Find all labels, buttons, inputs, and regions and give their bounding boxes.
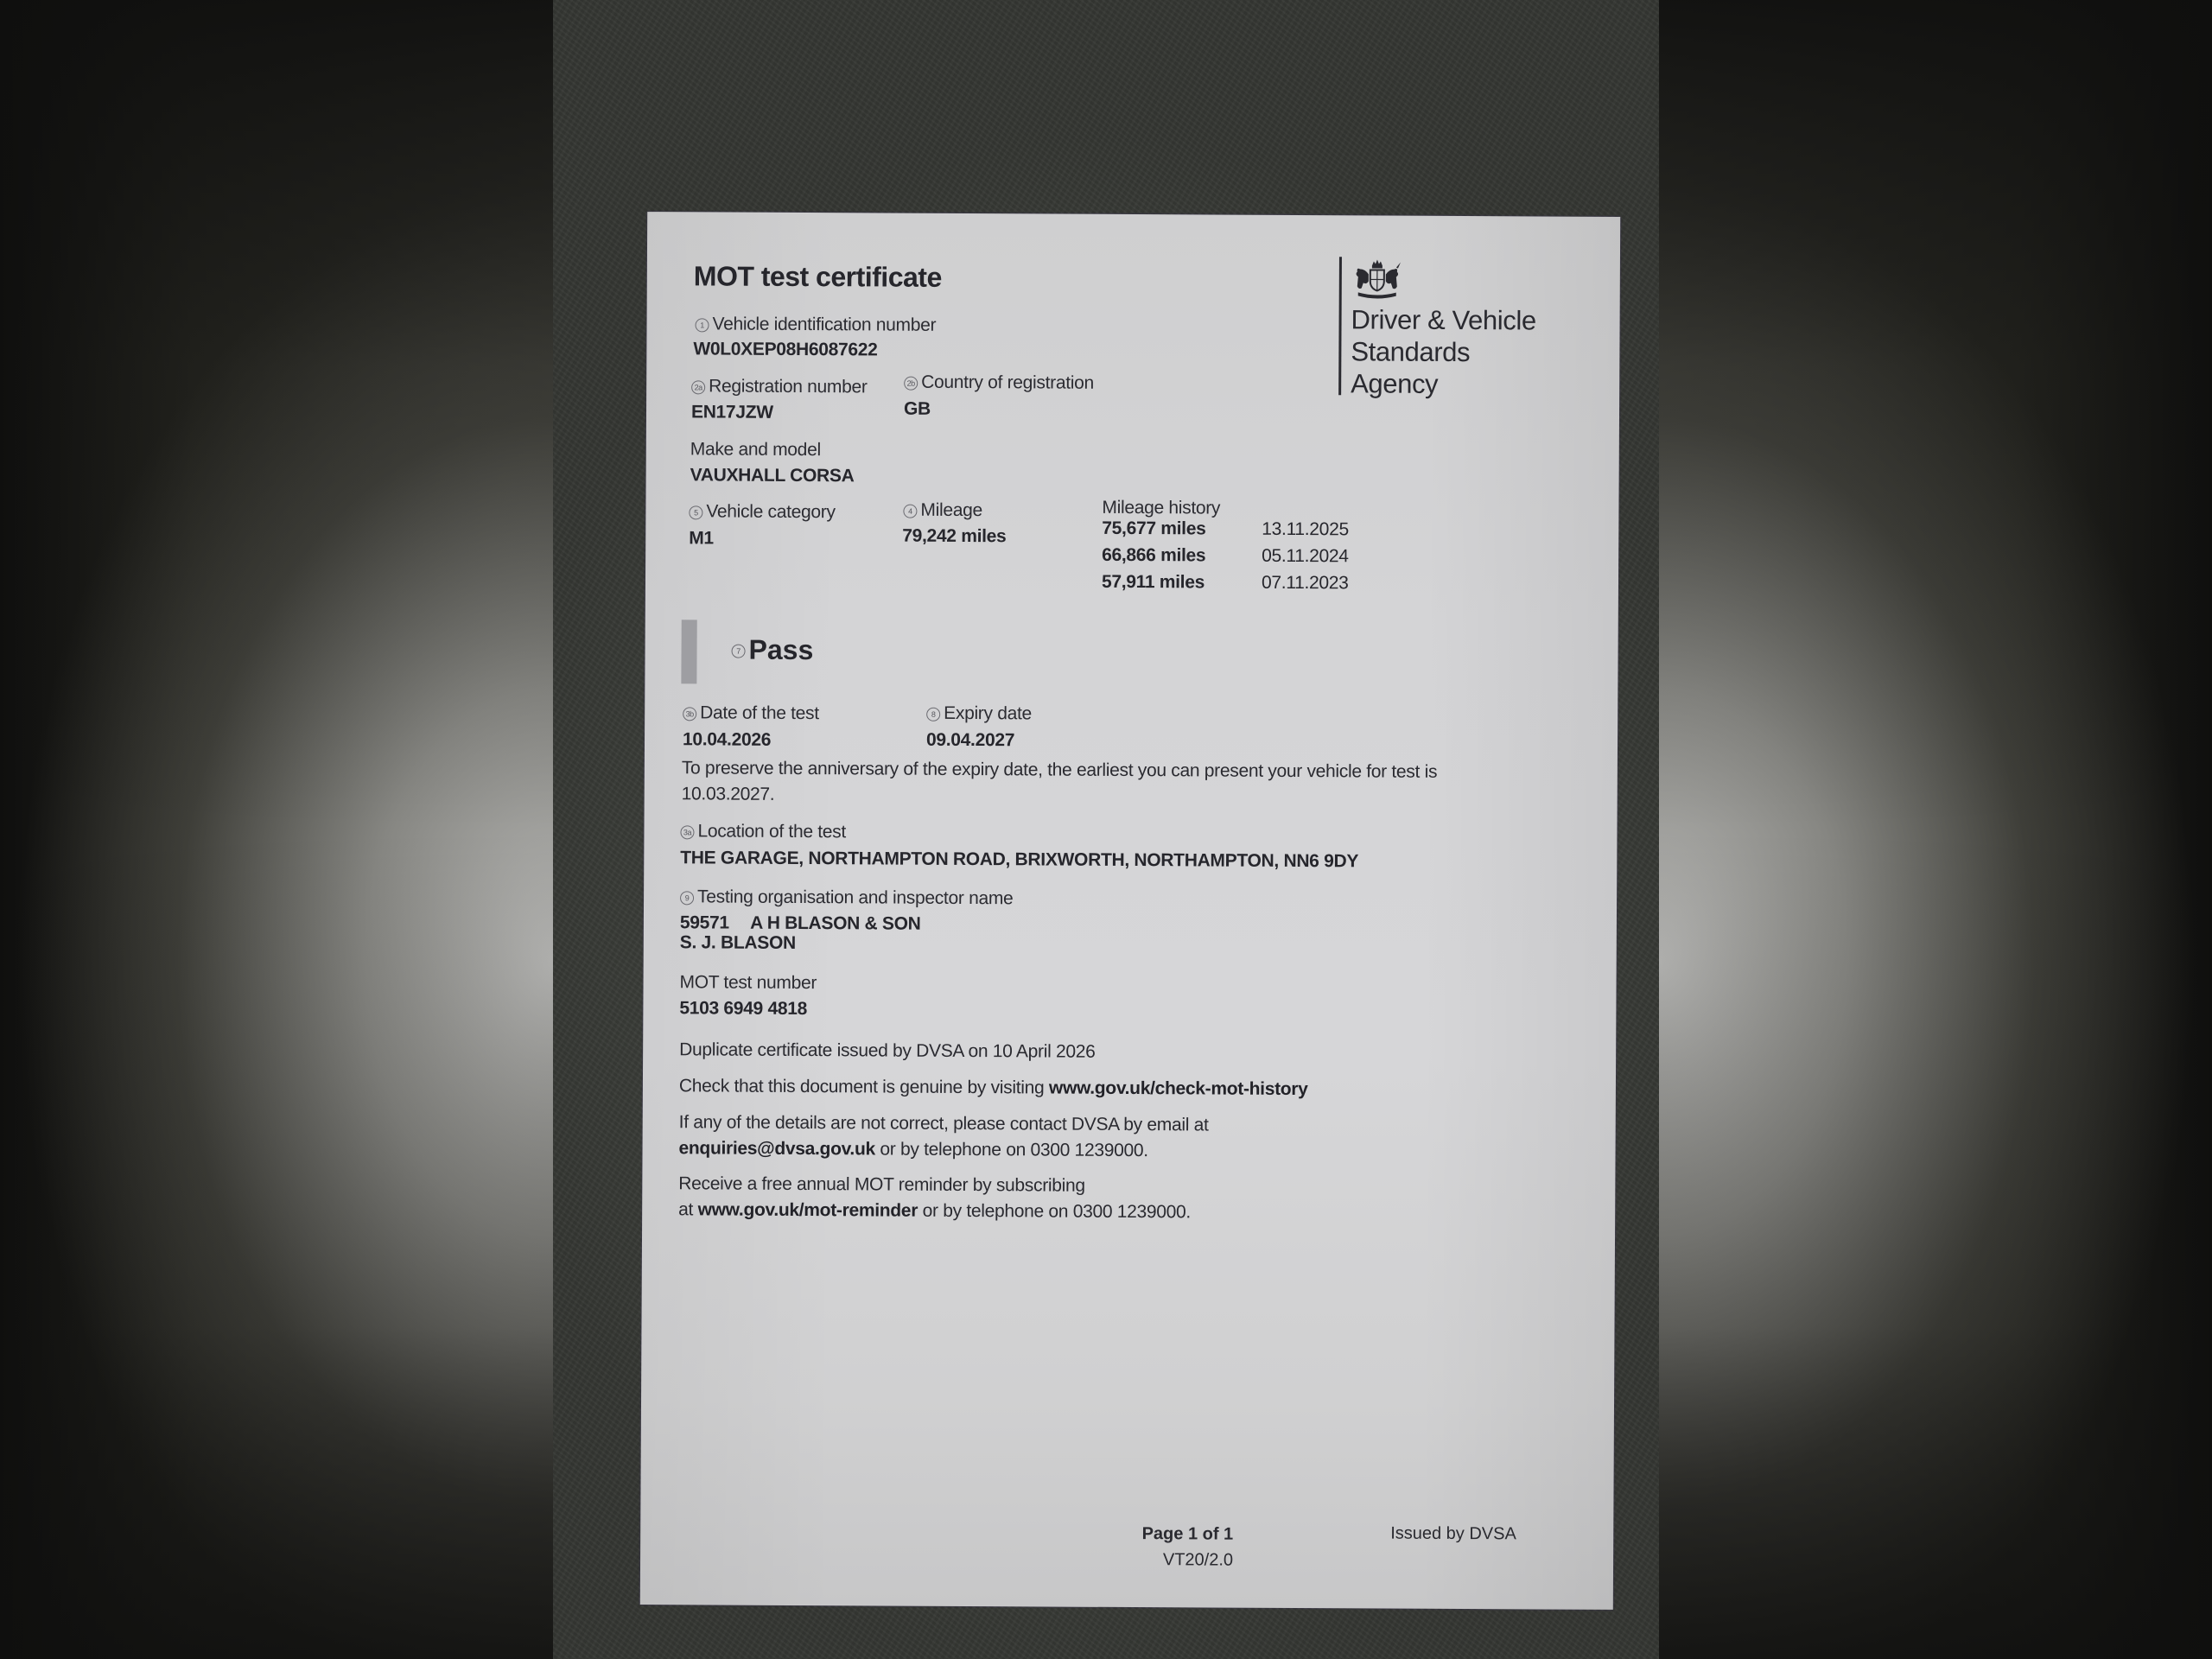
mileage-label: 4Mileage	[903, 500, 982, 521]
history-date: 13.11.2025	[1262, 516, 1349, 543]
field-number-3b-icon: 3b	[683, 707, 696, 721]
test-date-label: 3bDate of the test	[683, 702, 819, 724]
form-code: VT20/2.0	[640, 1544, 1233, 1573]
field-number-3a-icon: 3a	[680, 825, 694, 839]
country-label: 2bCountry of registration	[904, 372, 1094, 394]
check-mot-history-link[interactable]: www.gov.uk/check-mot-history	[1049, 1078, 1308, 1100]
test-number-label: MOT test number	[679, 972, 817, 994]
field-number-2a-icon: 2a	[691, 380, 705, 394]
dvsa-logo: Driver & Vehicle Standards Agency	[1338, 257, 1581, 396]
duplicate-note: Duplicate certificate issued by DVSA on …	[679, 1037, 1096, 1065]
logo-rule	[1338, 257, 1342, 395]
organisation-name: A H BLASON & SON	[750, 913, 921, 934]
vin-value: W0L0XEP08H6087622	[693, 339, 877, 360]
field-number-5-icon: 5	[689, 505, 702, 519]
test-result: 7Pass	[731, 634, 813, 666]
site-id: 59571	[680, 912, 729, 932]
page-number: Page 1 of 1	[640, 1518, 1233, 1548]
mileage-history-row: 57,911 miles07.11.2023	[1102, 569, 1349, 596]
testing-org-label: 9Testing organisation and inspector name	[680, 887, 1013, 909]
check-genuine-note: Check that this document is genuine by v…	[679, 1073, 1308, 1103]
contact-note: If any of the details are not correct, p…	[678, 1109, 1208, 1164]
country-value: GB	[904, 399, 931, 420]
dvsa-wordmark: Driver & Vehicle Standards Agency	[1351, 303, 1536, 400]
history-miles: 57,911 miles	[1102, 569, 1262, 596]
history-miles: 75,677 miles	[1102, 515, 1262, 543]
test-number-value: 5103 6949 4818	[679, 998, 807, 1020]
location-value: THE GARAGE, NORTHAMPTON ROAD, BRIXWORTH,…	[680, 848, 1358, 872]
make-model-value: VAUXHALL CORSA	[690, 465, 855, 486]
testing-org-value: 59571 A H BLASON & SON S. J. BLASON	[680, 912, 921, 953]
registration-label: 2aRegistration number	[691, 376, 868, 397]
page-footer: Page 1 of 1 VT20/2.0	[640, 1518, 1233, 1573]
mileage-history-row: 75,677 miles13.11.2025	[1102, 515, 1349, 543]
history-date: 07.11.2023	[1262, 569, 1349, 597]
vehicle-category-label: 5Vehicle category	[689, 501, 835, 523]
mot-reminder-link[interactable]: www.gov.uk/mot-reminder	[698, 1199, 918, 1220]
make-model-label: Make and model	[690, 439, 821, 461]
registration-value: EN17JZW	[691, 402, 773, 423]
vin-label: 1Vehicle identification number	[695, 314, 936, 335]
history-date: 05.11.2024	[1262, 543, 1349, 570]
mileage-history-table: 75,677 miles13.11.202566,866 miles05.11.…	[1102, 515, 1349, 596]
expiry-date-label: 8Expiry date	[926, 703, 1032, 725]
mileage-history-row: 66,866 miles05.11.2024	[1102, 542, 1349, 569]
dvsa-email-link[interactable]: enquiries@dvsa.gov.uk	[678, 1138, 874, 1159]
royal-coat-of-arms-icon	[1351, 258, 1403, 302]
history-miles: 66,866 miles	[1102, 542, 1262, 569]
test-date-value: 10.04.2026	[683, 729, 771, 751]
field-number-2b-icon: 2b	[904, 377, 918, 391]
field-number-4-icon: 4	[903, 505, 917, 518]
field-number-7-icon: 7	[732, 645, 746, 658]
document-title: MOT test certificate	[694, 260, 942, 294]
issued-by: Issued by DVSA	[1390, 1524, 1516, 1545]
expiry-date-value: 09.04.2027	[926, 730, 1014, 752]
field-number-1-icon: 1	[695, 318, 709, 332]
anniversary-note: To preserve the anniversary of the expir…	[682, 755, 1438, 811]
inspector-name: S. J. BLASON	[680, 932, 921, 953]
field-number-8-icon: 8	[926, 708, 940, 721]
vehicle-category-value: M1	[689, 528, 714, 549]
result-status-bar	[681, 620, 696, 683]
blurred-background-right	[1659, 0, 2212, 1659]
location-label: 3aLocation of the test	[680, 821, 846, 842]
mileage-value: 79,242 miles	[902, 526, 1006, 548]
field-number-9-icon: 9	[680, 891, 694, 905]
reminder-note: Receive a free annual MOT reminder by su…	[678, 1171, 1191, 1225]
mot-certificate: MOT test certificate Driver & Vehicl	[640, 212, 1620, 1610]
blurred-background-left	[0, 0, 553, 1659]
